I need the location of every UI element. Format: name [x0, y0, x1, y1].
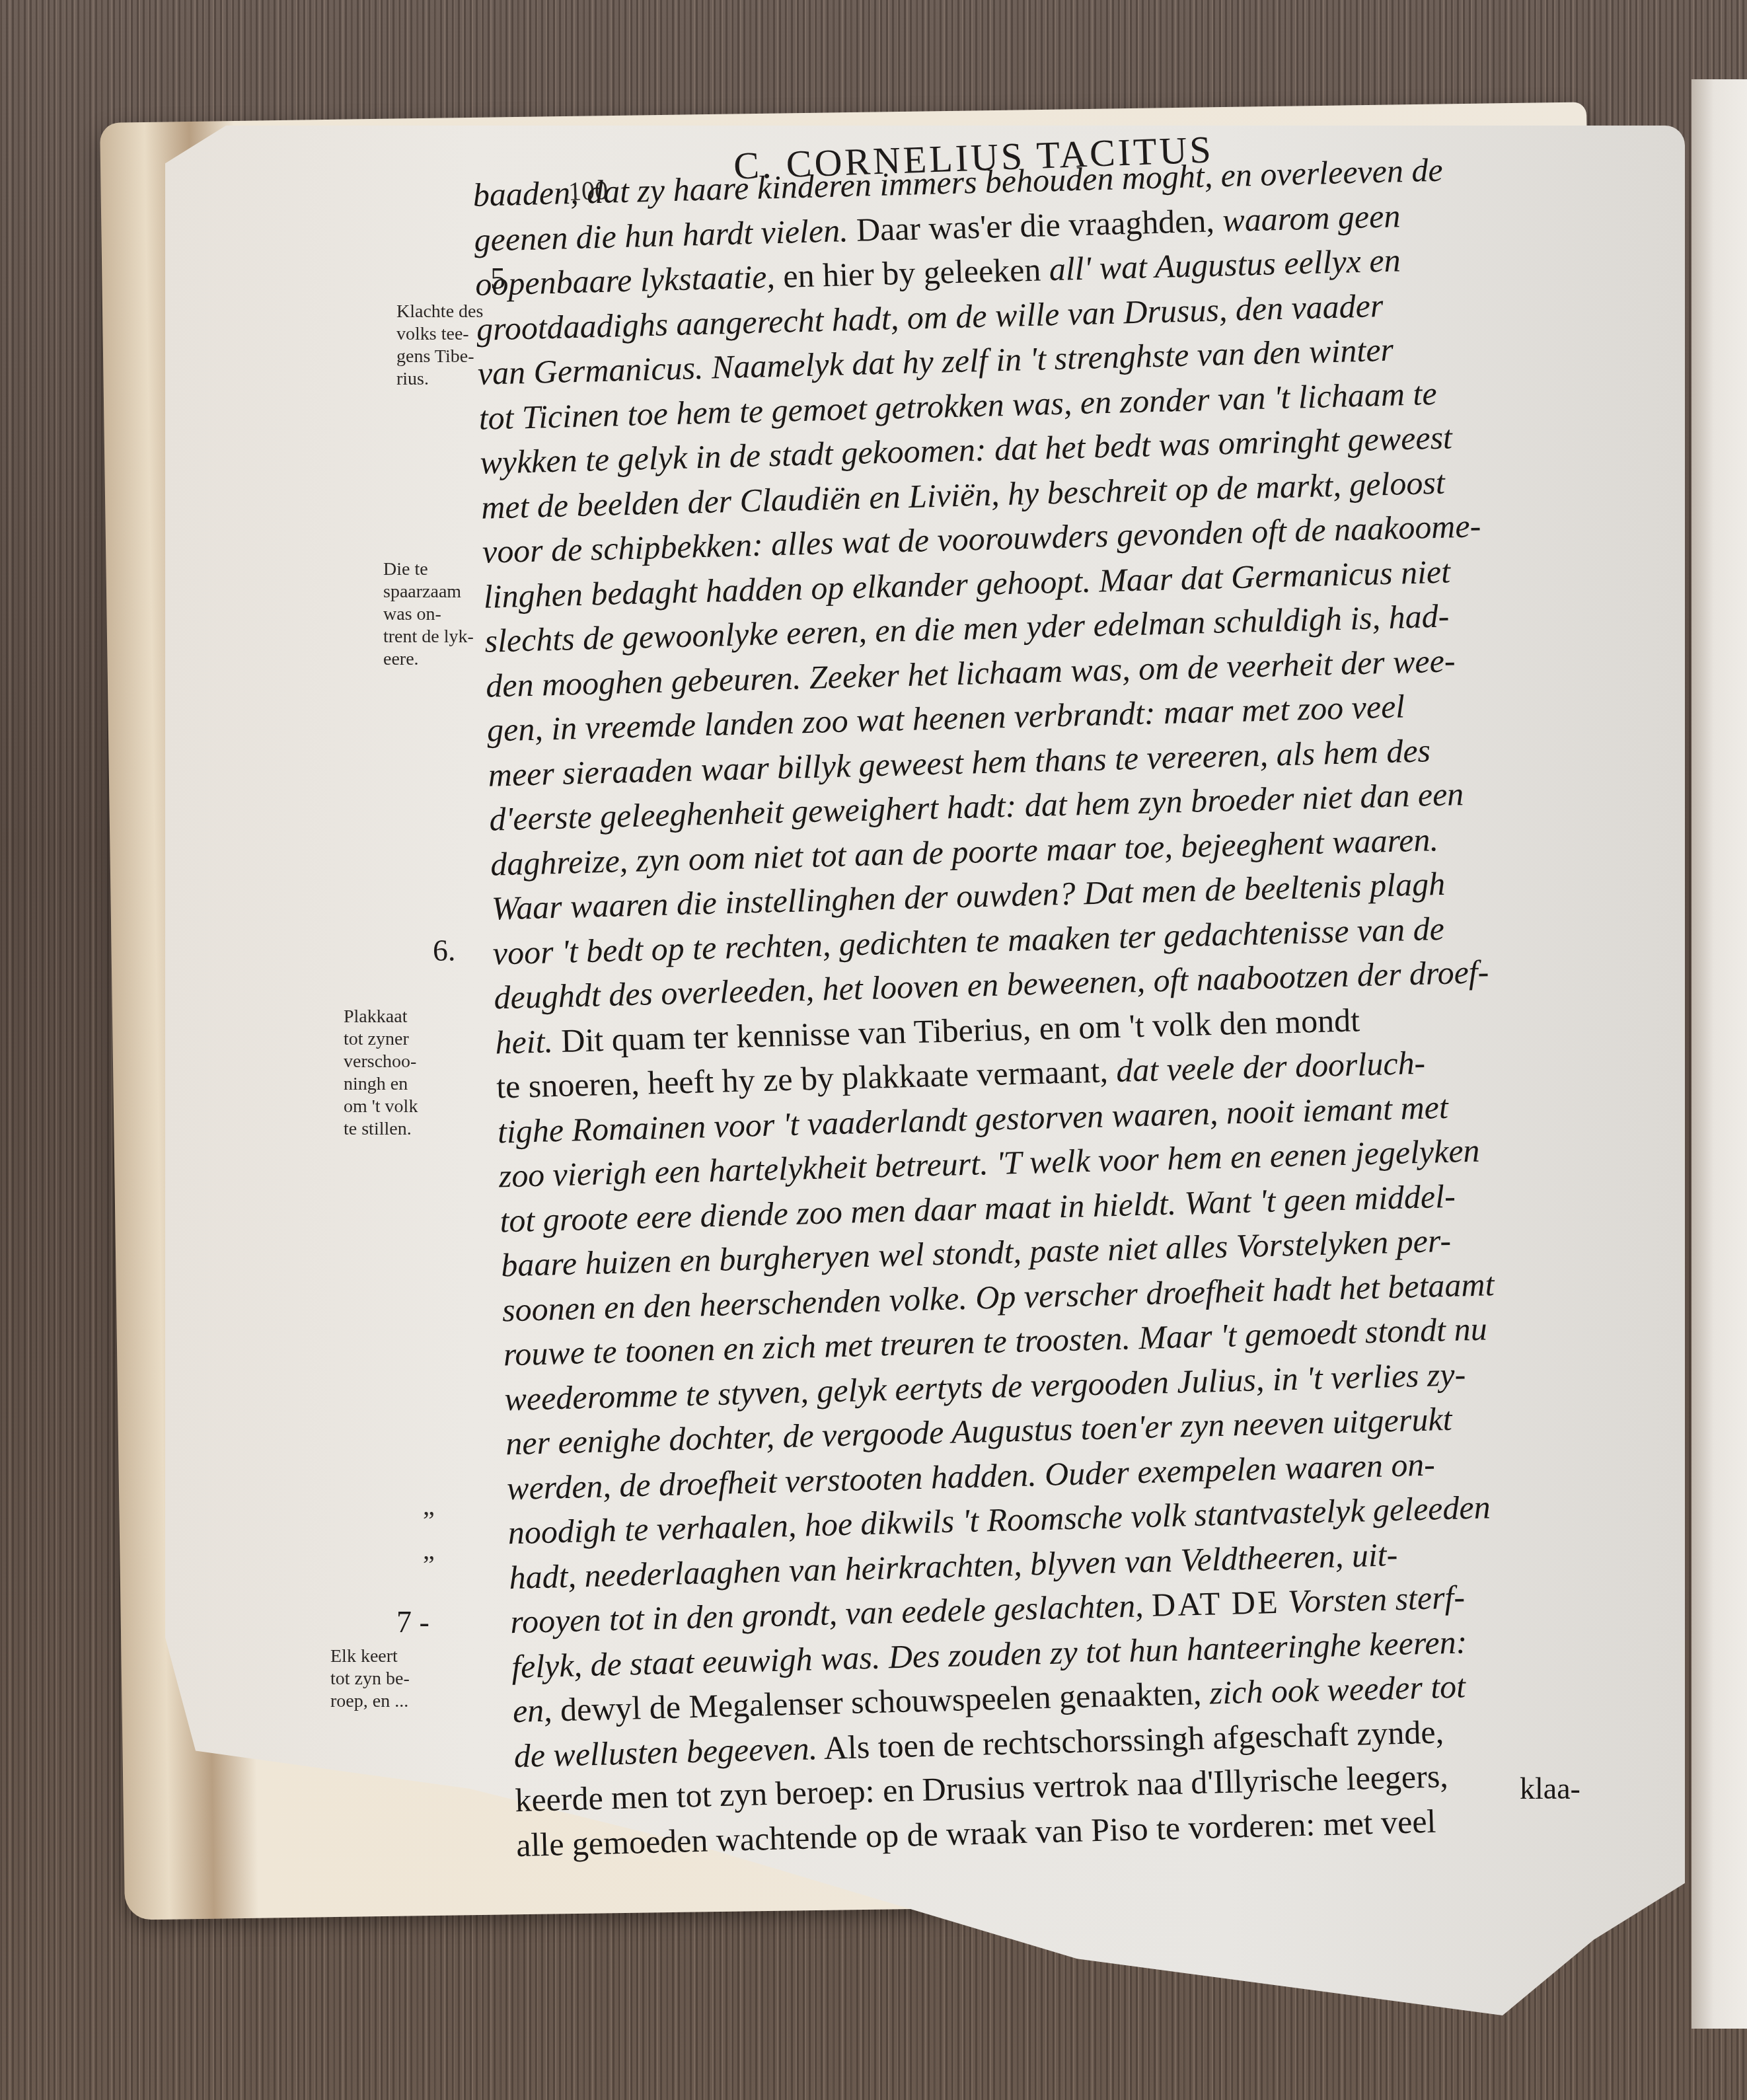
next-page-edge	[1691, 79, 1747, 2029]
margin-note-plakkaat: Plakkaat tot zyner verschoo- ningh en om…	[344, 1006, 456, 1141]
body-text: baaden, dat zy haare kinderen immers beh…	[472, 143, 1653, 1867]
quote-mark: „	[423, 1534, 435, 1565]
section-number-7: 7 -	[396, 1604, 429, 1639]
quote-mark: „	[423, 1490, 435, 1521]
catchword: klaa-	[1520, 1771, 1580, 1806]
margin-note-spaarzaam: Die te spaarzaam was on- trent de lyk- e…	[383, 558, 496, 671]
margin-note-elk-keert: Elk keert tot zyn be- roep, en ...	[330, 1645, 443, 1713]
section-number-6: 6.	[433, 933, 456, 968]
